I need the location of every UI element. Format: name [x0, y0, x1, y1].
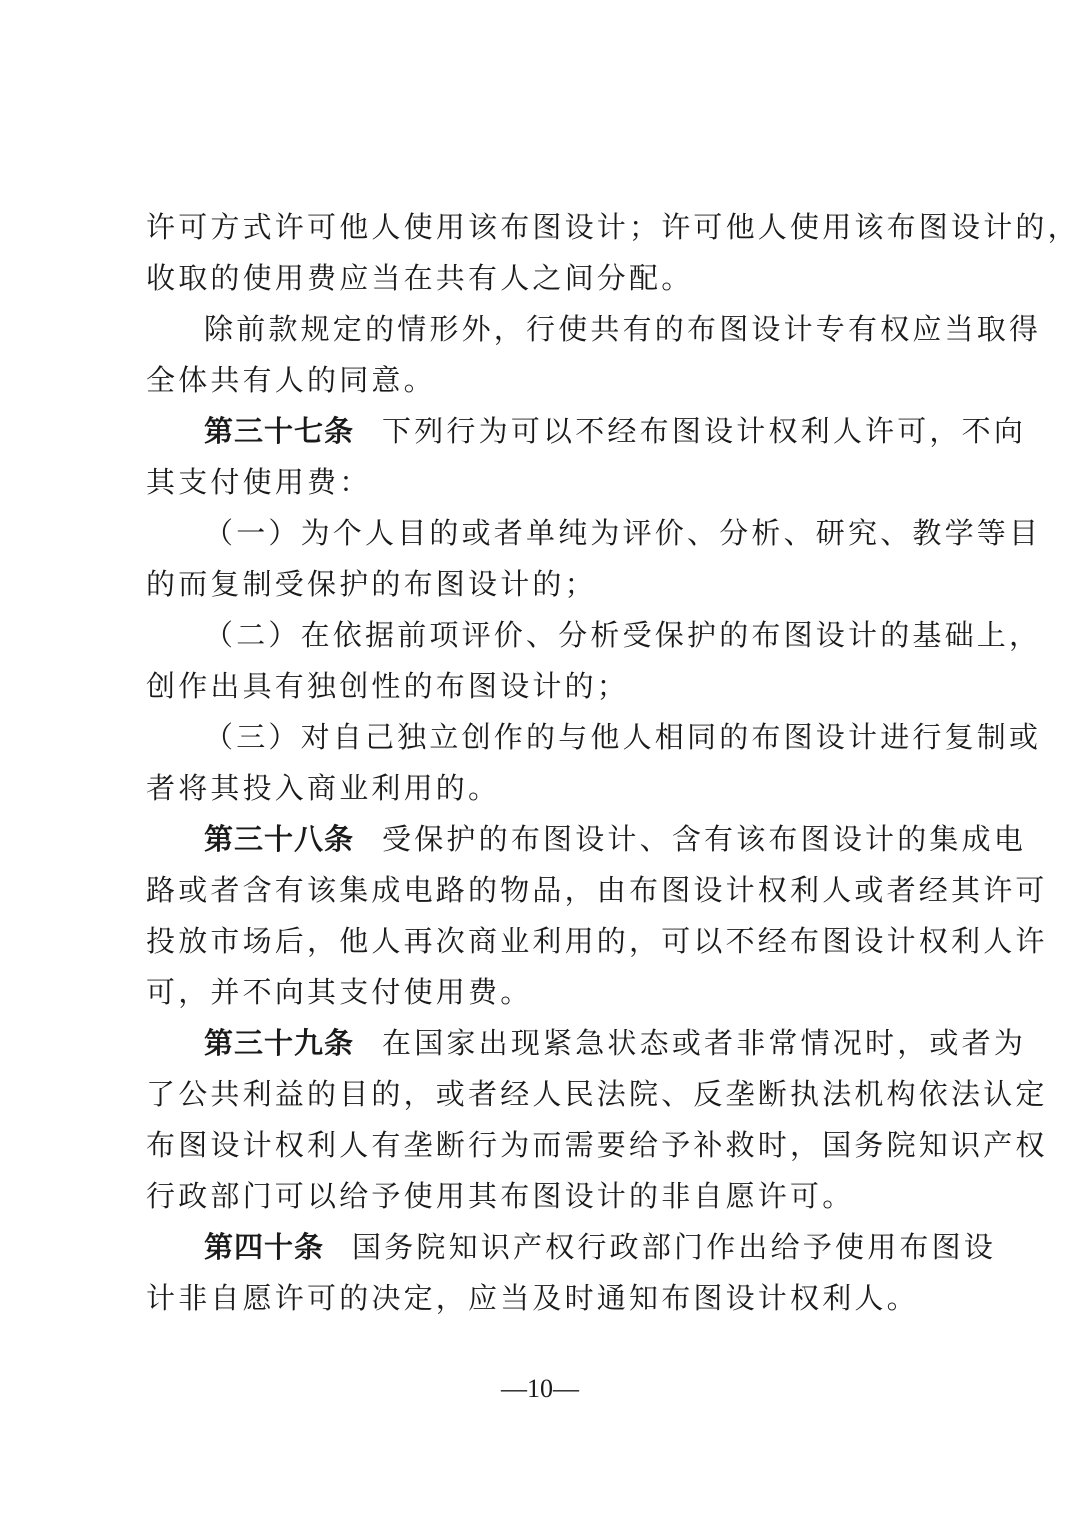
- article-40: 第四十条国务院知识产权行政部门作出给予使用布图设 计非自愿许可的决定，应当及时通…: [146, 1222, 946, 1324]
- list-item-1: （一）为个人目的或者单纯为评价、分析、研究、教学等目 的而复制受保护的布图设计的…: [146, 508, 946, 610]
- article-text: 下列行为可以不经布图设计权利人许可，不向: [382, 414, 1026, 448]
- article-39: 第三十九条在国家出现紧急状态或者非常情况时，或者为 了公共利益的目的，或者经人民…: [146, 1018, 946, 1222]
- text-line: 的而复制受保护的布图设计的；: [146, 559, 946, 610]
- text-line: 许可方式许可他人使用该布图设计；许可他人使用该布图设计的，: [146, 202, 946, 253]
- article-heading: 第三十八条: [204, 822, 354, 856]
- page-number: —10—: [0, 1374, 1080, 1404]
- article-text: 国务院知识产权行政部门作出给予使用布图设: [352, 1230, 996, 1264]
- text-line: 其支付使用费：: [146, 457, 946, 508]
- text-line: （一）为个人目的或者单纯为评价、分析、研究、教学等目: [146, 508, 946, 559]
- text-line: 第三十七条下列行为可以不经布图设计权利人许可，不向: [146, 406, 946, 457]
- text-line: 第三十九条在国家出现紧急状态或者非常情况时，或者为: [146, 1018, 946, 1069]
- text-line: 第四十条国务院知识产权行政部门作出给予使用布图设: [146, 1222, 946, 1273]
- list-item-3: （三）对自己独立创作的与他人相同的布图设计进行复制或 者将其投入商业利用的。: [146, 712, 946, 814]
- text-line: 者将其投入商业利用的。: [146, 763, 946, 814]
- text-line: 布图设计权利人有垄断行为而需要给予补救时，国务院知识产权: [146, 1120, 946, 1171]
- text-line: 路或者含有该集成电路的物品，由布图设计权利人或者经其许可: [146, 865, 946, 916]
- text-line: 创作出具有独创性的布图设计的；: [146, 661, 946, 712]
- article-heading: 第三十九条: [204, 1026, 354, 1060]
- article-heading: 第四十条: [204, 1230, 324, 1264]
- text-line: 除前款规定的情形外，行使共有的布图设计专有权应当取得: [146, 304, 946, 355]
- text-line: 第三十八条受保护的布图设计、含有该布图设计的集成电: [146, 814, 946, 865]
- paragraph-continuation: 许可方式许可他人使用该布图设计；许可他人使用该布图设计的， 收取的使用费应当在共…: [146, 202, 946, 304]
- text-line: 行政部门可以给予使用其布图设计的非自愿许可。: [146, 1171, 946, 1222]
- list-item-2: （二）在依据前项评价、分析受保护的布图设计的基础上， 创作出具有独创性的布图设计…: [146, 610, 946, 712]
- article-heading: 第三十七条: [204, 414, 354, 448]
- article-text: 受保护的布图设计、含有该布图设计的集成电: [382, 822, 1026, 856]
- text-line: 投放市场后，他人再次商业利用的，可以不经布图设计权利人许: [146, 916, 946, 967]
- article-37: 第三十七条下列行为可以不经布图设计权利人许可，不向 其支付使用费：: [146, 406, 946, 508]
- text-line: 了公共利益的目的，或者经人民法院、反垄断执法机构依法认定: [146, 1069, 946, 1120]
- text-line: （三）对自己独立创作的与他人相同的布图设计进行复制或: [146, 712, 946, 763]
- article-38: 第三十八条受保护的布图设计、含有该布图设计的集成电 路或者含有该集成电路的物品，…: [146, 814, 946, 1018]
- article-text: 在国家出现紧急状态或者非常情况时，或者为: [382, 1026, 1026, 1060]
- text-line: （二）在依据前项评价、分析受保护的布图设计的基础上，: [146, 610, 946, 661]
- text-line: 可，并不向其支付使用费。: [146, 967, 946, 1018]
- document-page: 许可方式许可他人使用该布图设计；许可他人使用该布图设计的， 收取的使用费应当在共…: [146, 202, 946, 1324]
- text-line: 全体共有人的同意。: [146, 355, 946, 406]
- paragraph: 除前款规定的情形外，行使共有的布图设计专有权应当取得 全体共有人的同意。: [146, 304, 946, 406]
- text-line: 收取的使用费应当在共有人之间分配。: [146, 253, 946, 304]
- text-line: 计非自愿许可的决定，应当及时通知布图设计权利人。: [146, 1273, 946, 1324]
